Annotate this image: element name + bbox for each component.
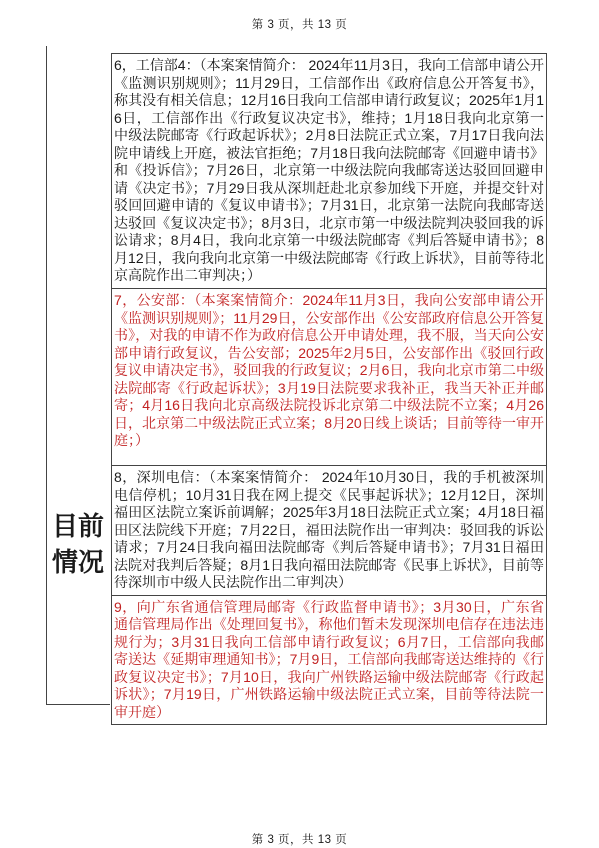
case-row-guangdong-cab: 9，向广东省通信管理局邮寄《行政监督申请书》；3月30日，广东省通信管理局作出《… (112, 596, 546, 725)
case-table: 6，工信部4：（本案案情简介： 2024年11月3日，我向工信部申请公开《监测识… (111, 53, 547, 725)
document-page: 第 3 页，共 13 页 目前情况 6，工信部4：（本案案情简介： 2024年1… (0, 0, 599, 848)
case-row-shenzhen-telecom: 8，深圳电信：（本案案情简介： 2024年10月30日，我的手机被深圳电信停机；… (112, 466, 546, 596)
current-status-label: 目前情况 (49, 508, 107, 580)
current-status-label-cell: 目前情况 (46, 46, 110, 705)
page-footer: 第 3 页，共 13 页 (0, 831, 599, 847)
case-row-miit: 6，工信部4：（本案案情简介： 2024年11月3日，我向工信部申请公开《监测识… (112, 54, 546, 289)
case-row-mps: 7，公安部：（本案案情简介：2024年11月3日，我向公安部申请公开《监测识别规… (112, 289, 546, 466)
page-header: 第 3 页，共 13 页 (0, 16, 599, 32)
